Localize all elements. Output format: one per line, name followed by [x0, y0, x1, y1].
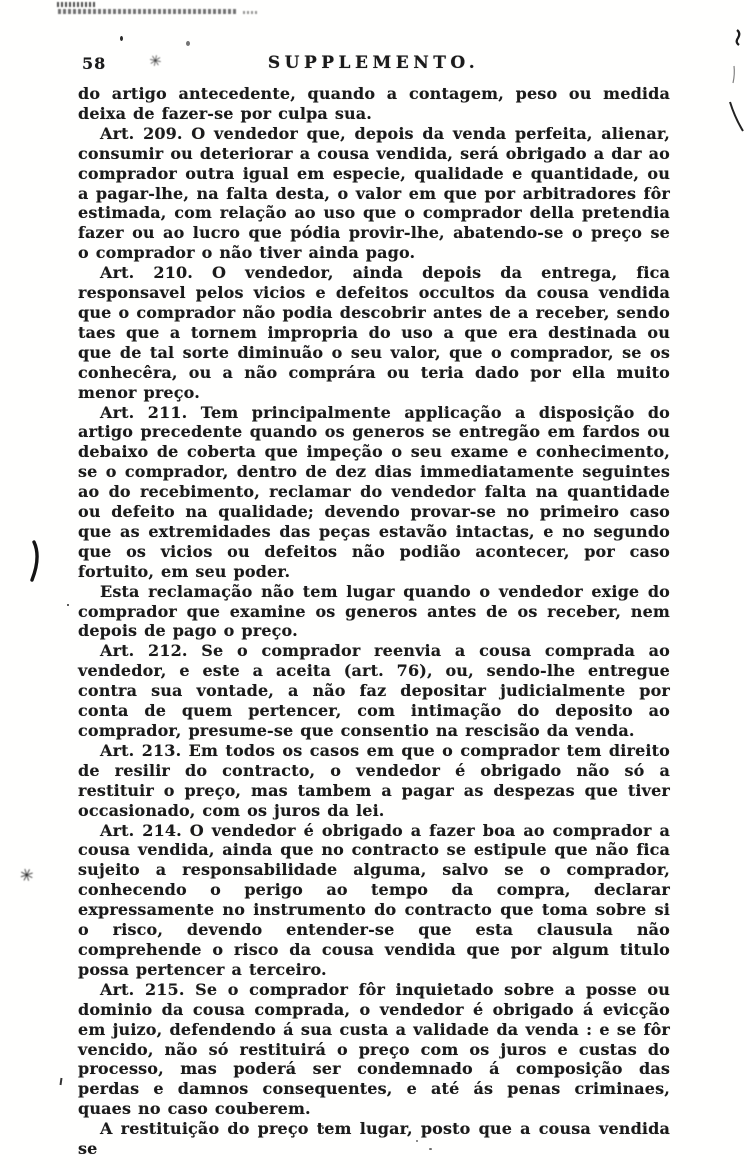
paragraph: Art. 215. Se o comprador fôr inquietado …: [78, 980, 670, 1119]
ink-speck: [416, 1140, 418, 1142]
top-edge-smudge: [243, 11, 257, 14]
ink-blot-icon: ✳: [17, 864, 37, 887]
paragraph: Art. 213. Em todos os casos em que o com…: [78, 741, 670, 821]
paragraph: do artigo antecedente, quando a contagem…: [78, 84, 670, 124]
paragraph: Art. 209. O vendedor que, depois da vend…: [78, 124, 670, 263]
left-margin-ink-mark: [23, 540, 41, 582]
paragraph: Esta reclamação não tem lugar quando o v…: [78, 582, 670, 642]
scanned-book-page: 58 ✳ SUPPLEMENTO. do artigo antecedente,…: [0, 0, 747, 1168]
paragraph: Art. 211. Tem principalmente applicação …: [78, 403, 670, 582]
ink-speck: [120, 36, 123, 41]
ink-speck: [429, 1148, 432, 1150]
paragraph: Art. 210. O vendedor, ainda depois da en…: [78, 263, 670, 402]
right-edge-ink-marks: [720, 22, 747, 157]
page-title: SUPPLEMENTO.: [0, 53, 747, 73]
top-edge-smudge: [57, 2, 95, 7]
paragraph: A restituição do preço tem lugar, posto …: [78, 1119, 670, 1159]
top-edge-smudge: [58, 9, 236, 14]
paragraph: Art. 214. O vendedor é obrigado a fazer …: [78, 821, 670, 980]
paragraph: Art. 212. Se o comprador reenvia a cousa…: [78, 641, 670, 741]
ink-speck: [186, 41, 190, 46]
ink-tick: [60, 1078, 63, 1085]
ink-speck: [322, 1127, 324, 1129]
ink-speck: [67, 604, 69, 606]
body-text: do artigo antecedente, quando a contagem…: [78, 84, 670, 1159]
